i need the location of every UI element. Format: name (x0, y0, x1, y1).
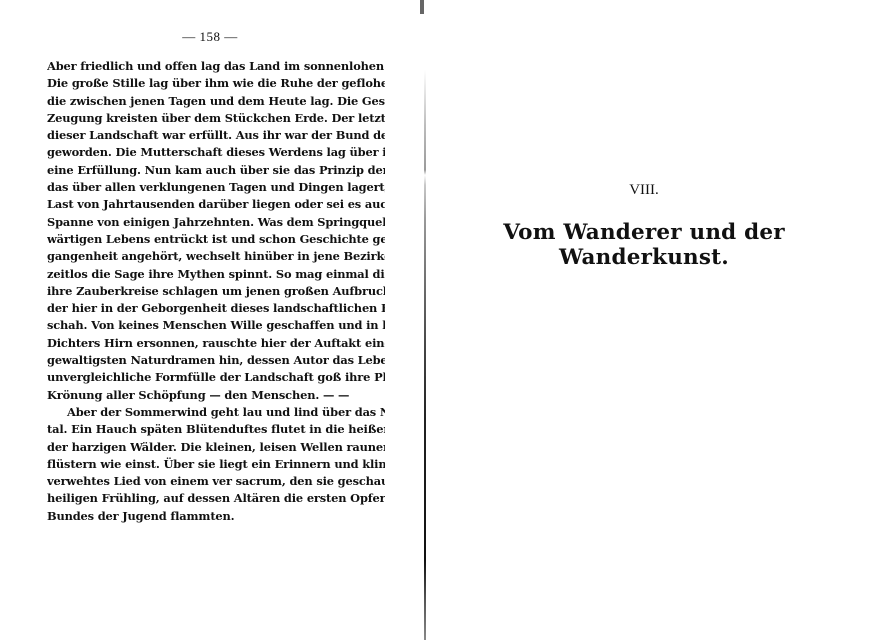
text-line: ihre Zauberkreise schlagen um jenen groß… (47, 283, 385, 300)
text-line: heiligen Frühling, auf dessen Altären di… (47, 490, 385, 507)
text-line: gangenheit angehört, wechselt hinüber in… (47, 248, 385, 265)
text-line: verwehtes Lied von einem ver sacrum, den… (47, 473, 385, 490)
page-number: — 158 — (0, 29, 420, 45)
text-line: Zeugung kreisten über dem Stückchen Erde… (47, 110, 385, 127)
text-line: gewaltigsten Naturdramen hin, dessen Aut… (47, 352, 385, 369)
text-line: unvergleichliche Formfülle der Landschaf… (47, 369, 385, 386)
text-line: der hier in der Geborgenheit dieses land… (47, 300, 385, 317)
text-line: dieser Landschaft war erfüllt. Aus ihr w… (47, 127, 385, 144)
text-line: eine Erfüllung. Nun kam auch über sie da… (47, 162, 385, 179)
book-gutter-divider (424, 0, 426, 640)
text-line: das über allen verklungenen Tagen und Di… (47, 179, 385, 196)
right-page: VIII. Vom Wanderer und der Wanderkunst. (428, 0, 875, 640)
text-line: Dichters Hirn ersonnen, rauschte hier de… (47, 335, 385, 352)
text-line: Krönung aller Schöpfung — den Menschen. … (47, 387, 385, 404)
chapter-number: VIII. (428, 182, 860, 199)
text-line: der harzigen Wälder. Die kleinen, leisen… (47, 439, 385, 456)
text-line: die zwischen jenen Tagen und dem Heute l… (47, 93, 385, 110)
body-text: Aber friedlich und offen lag das Land im… (47, 58, 385, 525)
left-page: — 158 — Aber friedlich und offen lag das… (0, 0, 420, 640)
chapter-title: Vom Wanderer und der Wanderkunst. (428, 220, 860, 270)
text-line: flüstern wie einst. Über sie liegt ein E… (47, 456, 385, 473)
text-line: schah. Von keines Menschen Wille geschaf… (47, 317, 385, 334)
text-line: geworden. Die Mutterschaft dieses Werden… (47, 144, 385, 161)
text-line: Aber der Sommerwind geht lau und lind üb… (47, 404, 385, 421)
text-line: Last von Jahrtausenden darüber liegen od… (47, 196, 385, 213)
text-line: tal. Ein Hauch späten Blütenduftes flute… (47, 421, 385, 438)
text-line: Aber friedlich und offen lag das Land im… (47, 58, 385, 75)
text-line: Die große Stille lag über ihm wie die Ru… (47, 75, 385, 92)
text-line: wärtigen Lebens entrückt ist und schon G… (47, 231, 385, 248)
text-line: Spanne von einigen Jahrzehnten. Was dem … (47, 214, 385, 231)
text-line: zeitlos die Sage ihre Mythen spinnt. So … (47, 266, 385, 283)
text-line: Bundes der Jugend flammten. (47, 508, 385, 525)
